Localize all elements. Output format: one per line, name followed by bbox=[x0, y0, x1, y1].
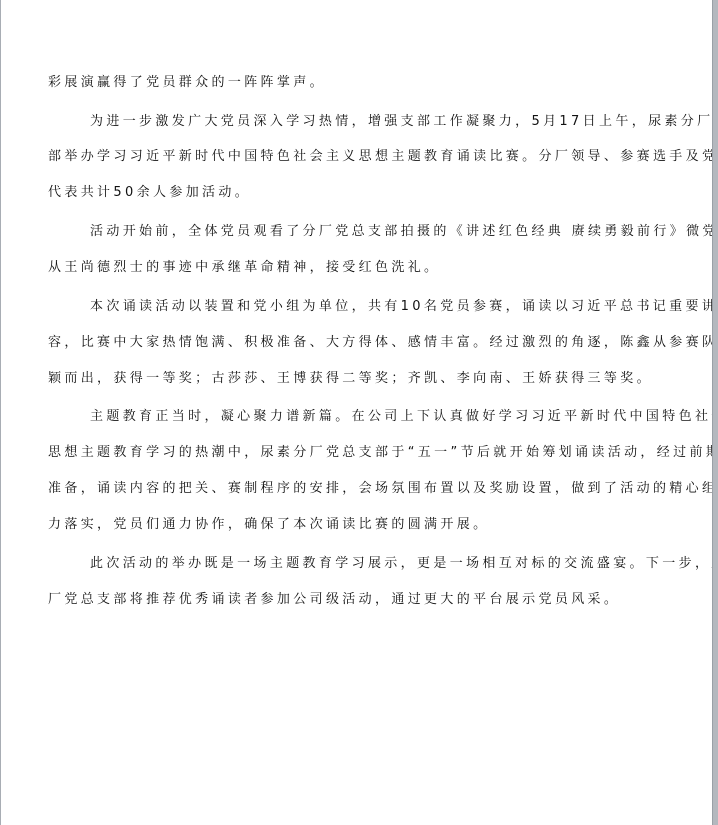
text-line: 力落实，党员们通力协作，确保了本次诵读比赛的圆满开展。 bbox=[48, 516, 489, 534]
text-line: 厂党总支部将推荐优秀诵读者参加公司级活动，通过更大的平台展示党员风采。 bbox=[48, 591, 620, 609]
text-line: 彩展演赢得了党员群众的一阵阵掌声。 bbox=[48, 74, 326, 92]
text-line: 准备，诵读内容的把关、赛制程序的安排，会场氛围布置以及奖励设置，做到了活动的精心… bbox=[48, 480, 718, 498]
paragraph-first-line: 活动开始前，全体党员观看了分厂党总支部拍摄的《讲述红色经典 赓续勇毅前行》微党课… bbox=[90, 223, 718, 241]
text-line: 部举办学习习近平新时代中国特色社会主义思想主题教育诵读比赛。分厂领导、参赛选手及… bbox=[48, 148, 718, 166]
text-line: 代表共计50余人参加活动。 bbox=[48, 184, 251, 202]
paragraph-first-line: 本次诵读活动以装置和党小组为单位，共有10名党员参赛，诵读以习近平总书记重要讲话… bbox=[90, 298, 718, 316]
text-line: 思想主题教育学习的热潮中，尿素分厂党总支部于“五一”节后就开始筹划诵读活动，经过… bbox=[48, 444, 718, 462]
paragraph-first-line: 为进一步激发广大党员深入学习热情，增强支部工作凝聚力，5月17日上午，尿素分厂党… bbox=[90, 113, 718, 131]
vertical-scrollbar[interactable] bbox=[712, 0, 718, 825]
text-line: 容，比赛中大家热情饱满、积极准备、大方得体、感情丰富。经过激烈的角逐，陈鑫从参赛… bbox=[48, 334, 718, 352]
paragraph-first-line: 主题教育正当时，凝心聚力谱新篇。在公司上下认真做好学习习近平新时代中国特色社会主… bbox=[90, 408, 718, 426]
text-line: 颖而出，获得一等奖；古莎莎、王博获得二等奖；齐凯、李向南、王娇获得三等奖。 bbox=[48, 370, 653, 388]
paragraph-first-line: 此次活动的举办既是一场主题教育学习展示，更是一场相互对标的交流盛宴。下一步，尿素… bbox=[90, 555, 718, 573]
page-left-border bbox=[0, 0, 1, 825]
text-line: 从王尚德烈士的事迹中承继革命精神，接受红色洗礼。 bbox=[48, 259, 440, 277]
